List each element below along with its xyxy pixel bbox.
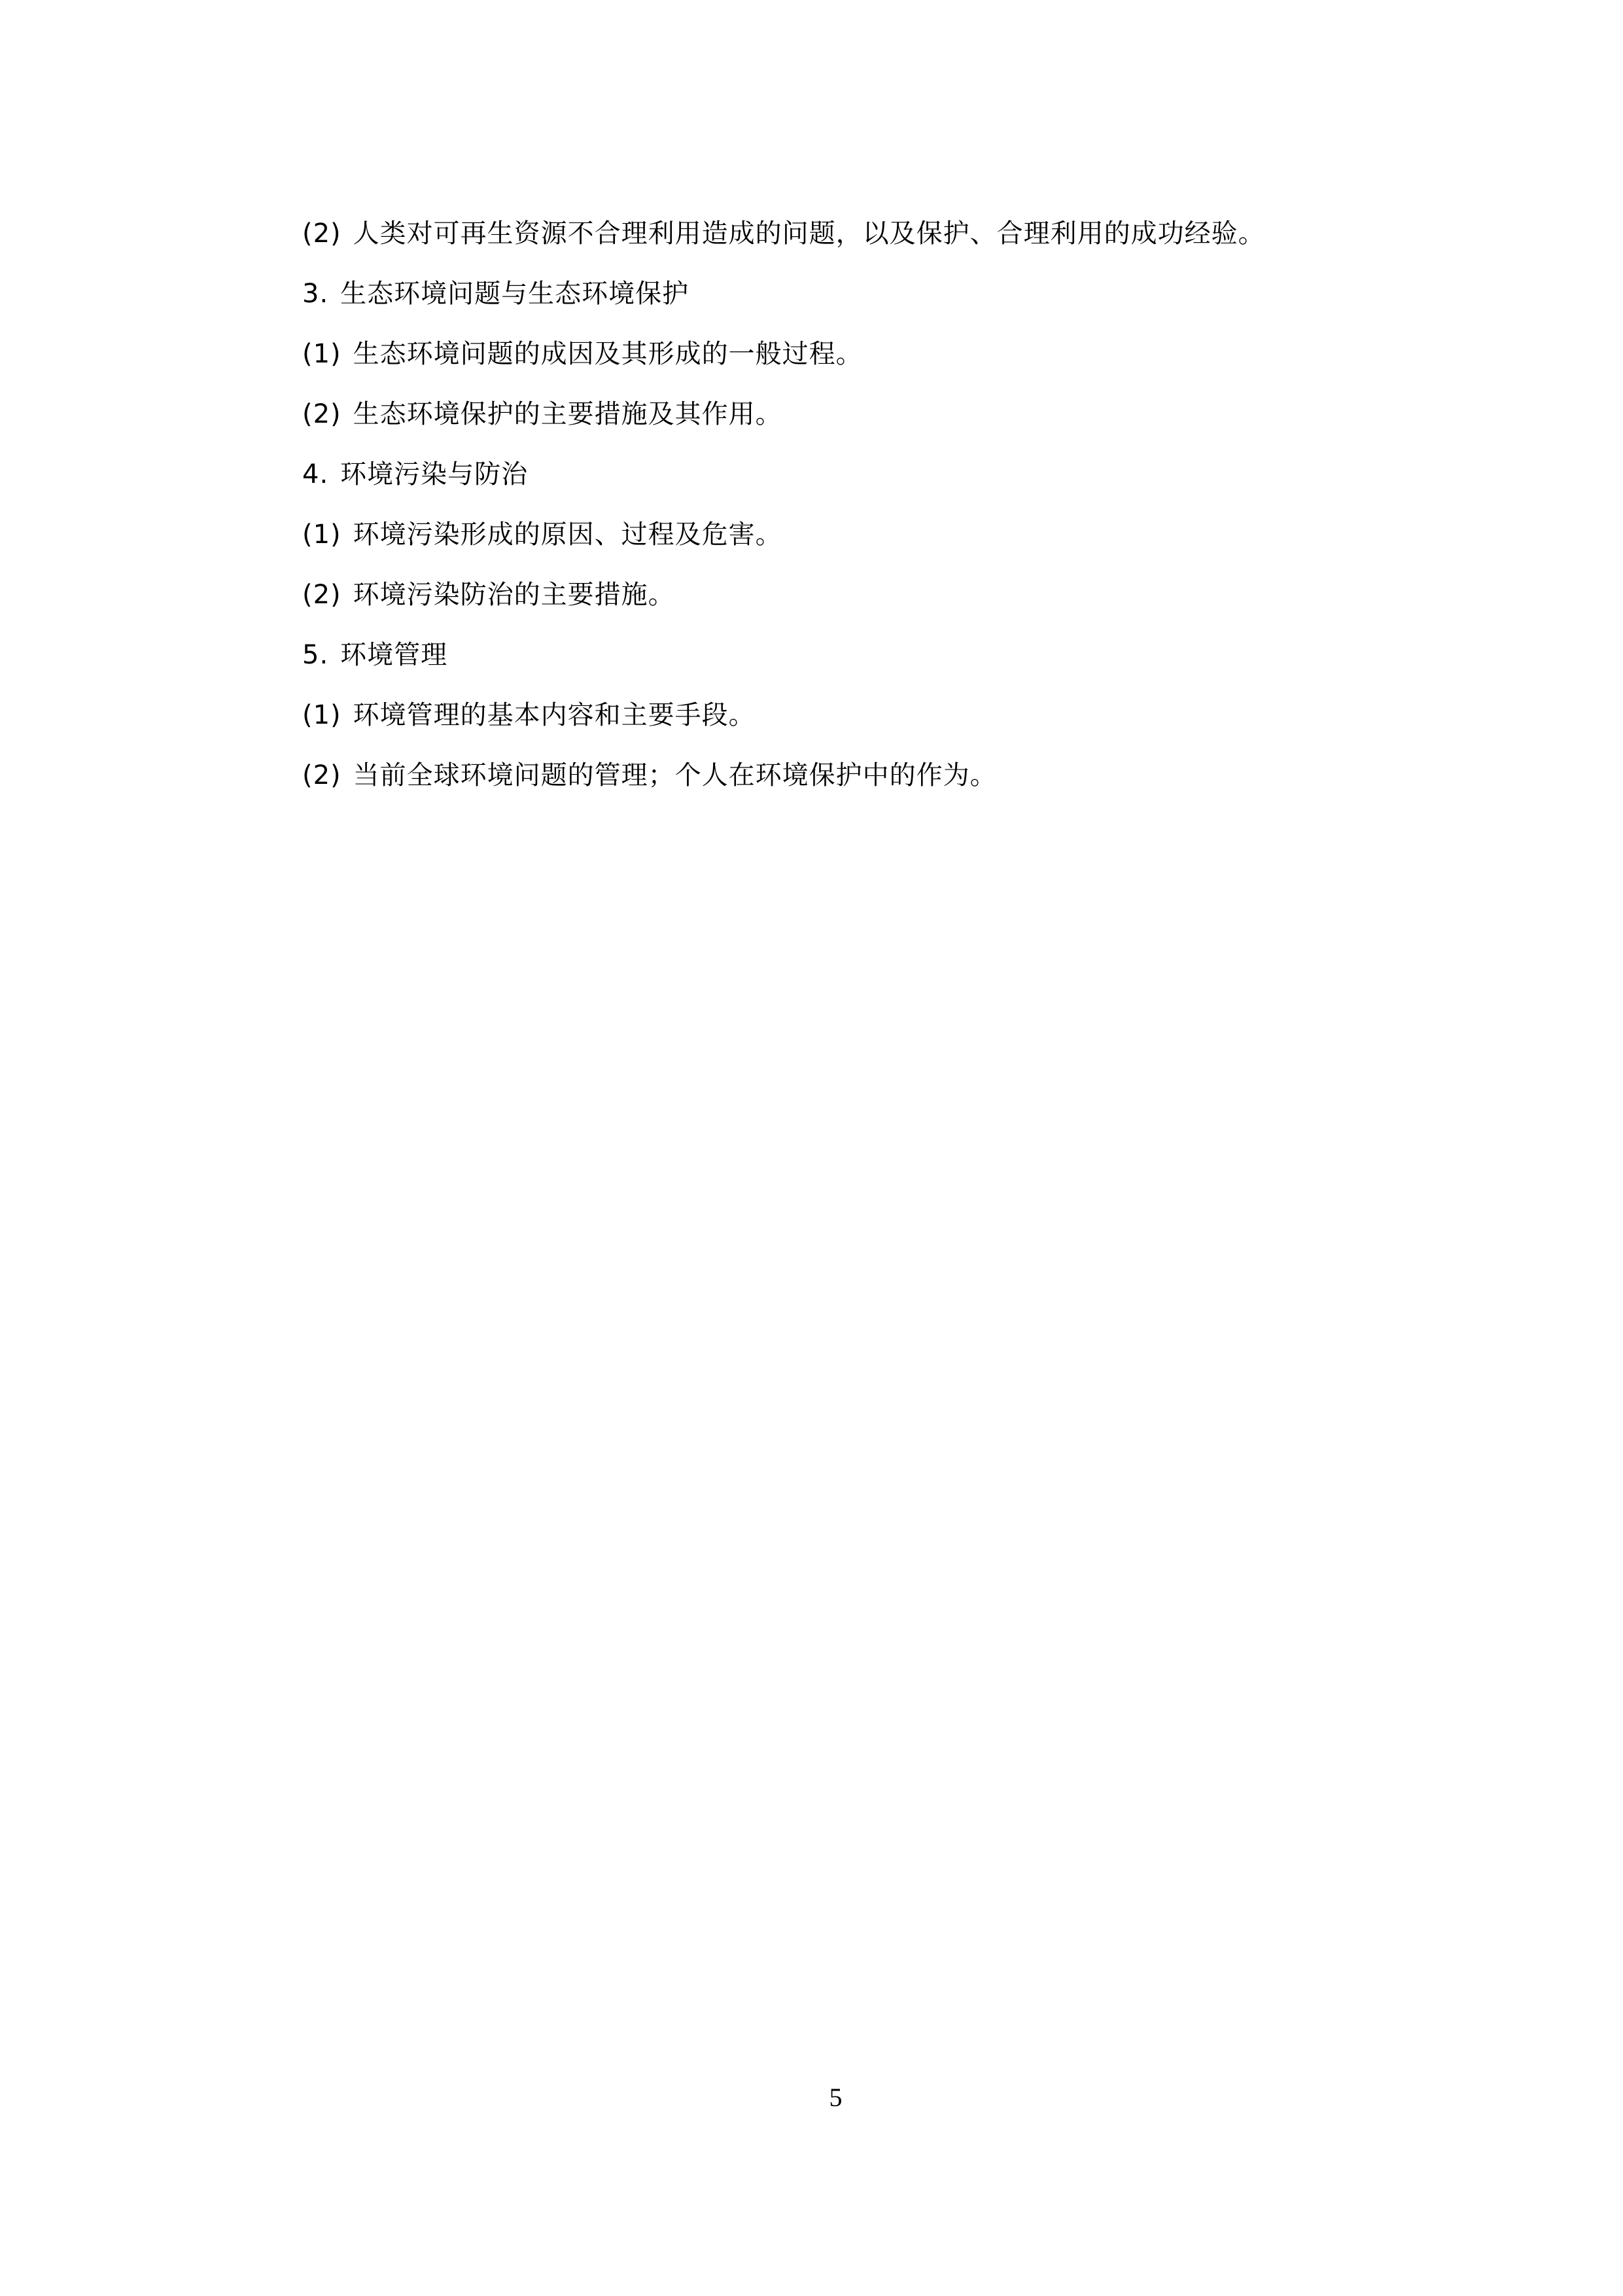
list-item: (2)生态环境保护的主要措施及其作用。 xyxy=(302,395,1414,455)
item-text: 环境污染防治的主要措施。 xyxy=(353,580,675,610)
section-heading: 4.环境污染与防治 xyxy=(302,455,1414,516)
section-heading: 5.环境管理 xyxy=(302,636,1414,696)
document-page: (2)人类对可再生资源不合理利用造成的问题，以及保护、合理利用的成功经验。 3.… xyxy=(0,0,1623,2296)
document-body: (2)人类对可再生资源不合理利用造成的问题，以及保护、合理利用的成功经验。 3.… xyxy=(302,215,1414,817)
section-title: 环境管理 xyxy=(340,640,447,670)
section-number: 4. xyxy=(302,455,328,493)
item-marker: (1) xyxy=(302,516,341,554)
list-item: (1)环境污染形成的原因、过程及危害。 xyxy=(302,516,1414,576)
item-text: 生态环境保护的主要措施及其作用。 xyxy=(353,399,782,429)
list-item: (1)生态环境问题的成因及其形成的一般过程。 xyxy=(302,335,1414,395)
section-title: 环境污染与防治 xyxy=(340,459,528,489)
list-item: (2)环境污染防治的主要措施。 xyxy=(302,576,1414,636)
item-marker: (2) xyxy=(302,395,341,433)
section-number: 3. xyxy=(302,275,328,313)
item-marker: (1) xyxy=(302,696,341,734)
item-text: 环境管理的基本内容和主要手段。 xyxy=(353,700,756,730)
list-item: (2)当前全球环境问题的管理；个人在环境保护中的作为。 xyxy=(302,756,1414,817)
list-item: (2)人类对可再生资源不合理利用造成的问题，以及保护、合理利用的成功经验。 xyxy=(302,215,1414,275)
item-text: 生态环境问题的成因及其形成的一般过程。 xyxy=(353,339,863,369)
list-item: (1)环境管理的基本内容和主要手段。 xyxy=(302,696,1414,756)
item-text: 人类对可再生资源不合理利用造成的问题，以及保护、合理利用的成功经验。 xyxy=(353,219,1265,249)
item-marker: (2) xyxy=(302,215,341,253)
section-number: 5. xyxy=(302,636,328,674)
page-number: 5 xyxy=(0,2082,1623,2113)
item-text: 环境污染形成的原因、过程及危害。 xyxy=(353,520,782,550)
item-marker: (2) xyxy=(302,576,341,614)
item-marker: (2) xyxy=(302,756,341,794)
section-title: 生态环境问题与生态环境保护 xyxy=(340,279,689,309)
section-heading: 3.生态环境问题与生态环境保护 xyxy=(302,275,1414,335)
item-marker: (1) xyxy=(302,335,341,373)
item-text: 当前全球环境问题的管理；个人在环境保护中的作为。 xyxy=(353,760,997,790)
